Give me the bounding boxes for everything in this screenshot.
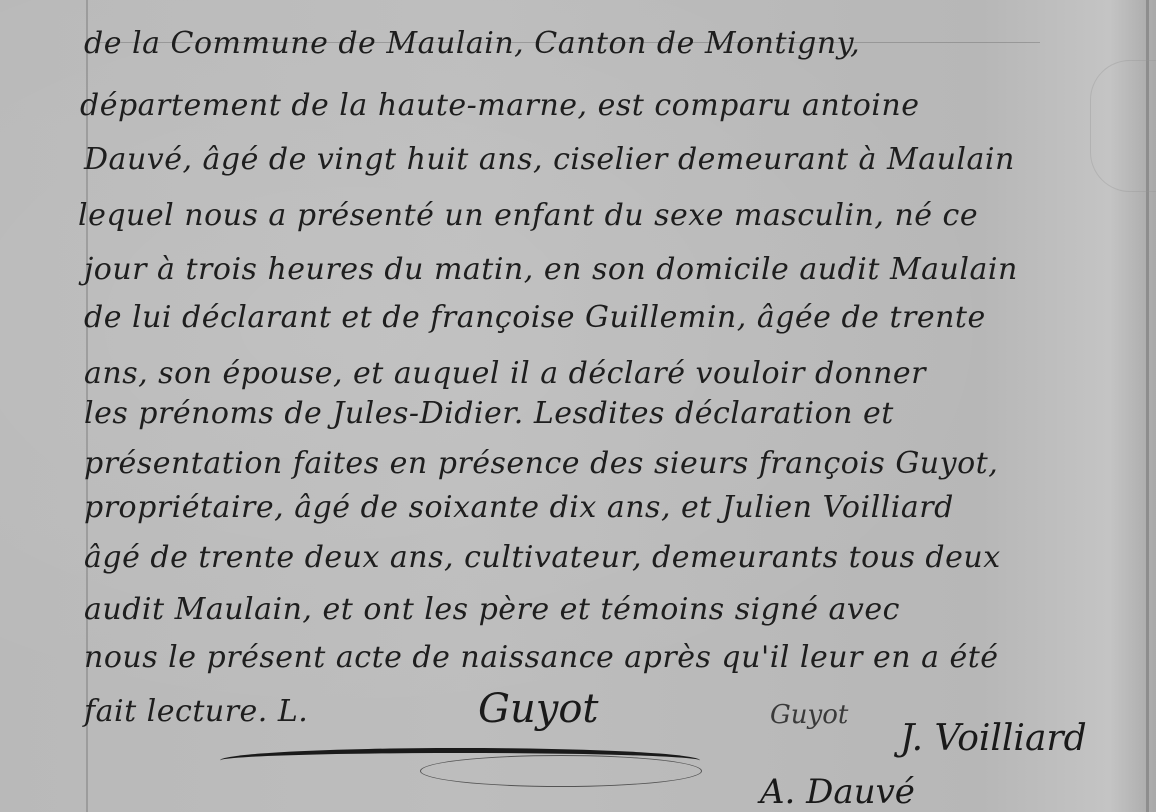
signature-father: A. Dauvé (760, 772, 915, 812)
text-line-5: jour à trois heures du matin, en son dom… (84, 252, 1018, 287)
signature-witness-2: J. Voilliard (900, 718, 1087, 759)
text-line-10: propriétaire, âgé de soixante dix ans, e… (84, 490, 954, 525)
text-line-4: lequel nous a présenté un enfant du sexe… (78, 198, 978, 233)
text-line-14: fait lecture. L. (84, 694, 308, 729)
document-page: de la Commune de Maulain, Canton de Mont… (0, 0, 1156, 812)
text-line-3: Dauvé, âgé de vingt huit ans, ciselier d… (84, 142, 1015, 177)
text-line-9: présentation faites en présence des sieu… (84, 446, 998, 481)
text-line-1: de la Commune de Maulain, Canton de Mont… (84, 26, 860, 61)
text-line-12: audit Maulain, et ont les père et témoin… (84, 592, 900, 627)
text-line-8: les prénoms de Jules-Didier. Lesdites dé… (84, 396, 894, 431)
text-line-2: département de la haute-marne, est compa… (80, 88, 919, 123)
text-line-7: ans, son épouse, et auquel il a déclaré … (84, 356, 926, 391)
signature-flourish (420, 755, 702, 787)
signature-witness-1: Guyot (770, 700, 848, 730)
text-line-6: de lui déclarant et de françoise Guillem… (84, 300, 986, 335)
signature-officer: Guyot (478, 686, 598, 732)
text-line-11: âgé de trente deux ans, cultivateur, dem… (84, 540, 1001, 575)
faded-stamp (1090, 60, 1156, 192)
text-line-13: nous le présent acte de naissance après … (84, 640, 999, 675)
